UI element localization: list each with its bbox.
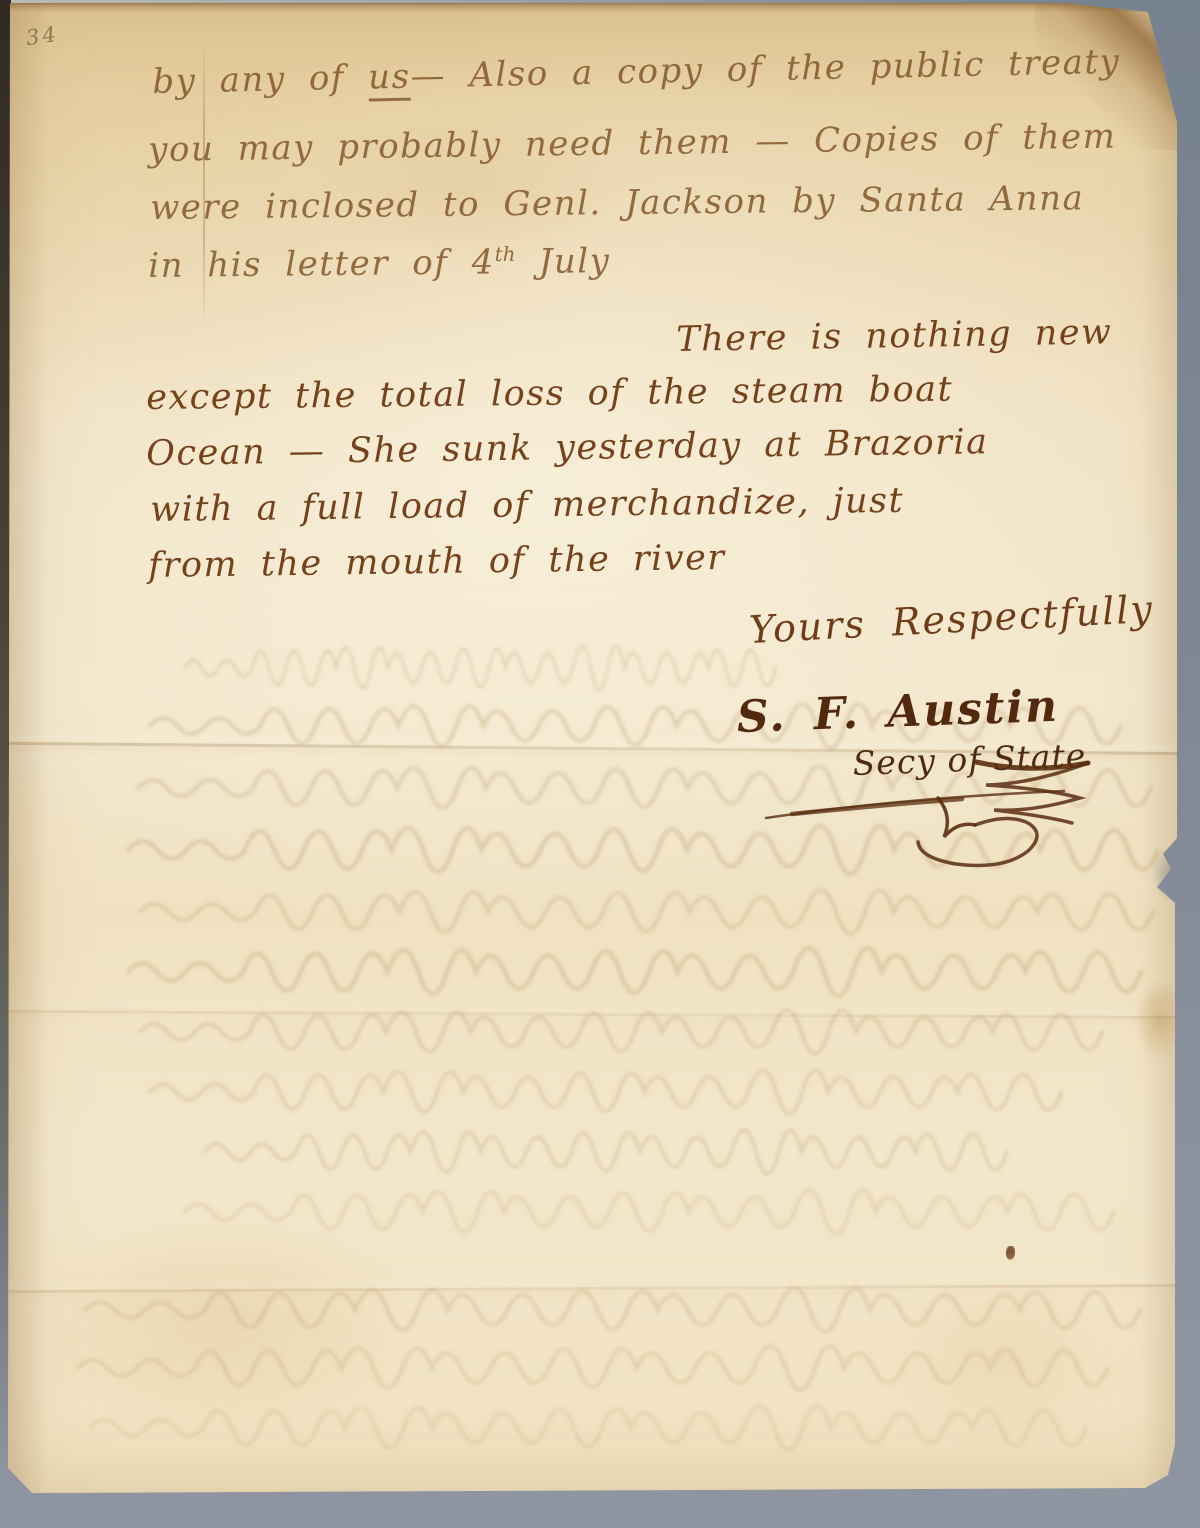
- letter-line-p1-4-pre: in his letter of 4: [148, 242, 495, 286]
- letter-line: Ocean — She sunk yesterday at Brazoria: [146, 422, 989, 474]
- letter-line-p1-4-post: July: [515, 241, 610, 282]
- letter-line: except the total loss of the steam boat: [146, 370, 953, 418]
- fold-crease: [0, 1010, 1200, 1019]
- torn-notch-shading: [1138, 836, 1183, 911]
- underlined-word: us: [368, 57, 411, 102]
- paper-stain: [0, 1180, 480, 1470]
- letter-line-p1-1-post: — Also a copy of the public treaty: [410, 42, 1121, 97]
- scanned-letter-page: 34: [0, 0, 1200, 1528]
- letter-line: were inclosed to Genl. Jackson by Santa …: [150, 178, 1084, 228]
- letter-line: with a full load of merchandize, just: [150, 481, 904, 530]
- page-number-annotation: 34: [24, 22, 60, 50]
- signature-title: Secy of State: [852, 736, 1087, 783]
- letter-paper: 34: [0, 0, 1200, 1528]
- ordinal-superscript: th: [495, 243, 516, 266]
- paper-stain: [840, 1240, 1170, 1480]
- letter-line-p1-1-pre: by any of: [152, 57, 369, 102]
- letter-closing: Yours Respectfully: [748, 587, 1155, 652]
- signature: S. F. Austin: [736, 681, 1060, 743]
- letter-line: in his letter of 4th July: [148, 241, 611, 286]
- edge-stain: [1118, 970, 1188, 1080]
- letter-line: There is nothing new: [676, 312, 1113, 360]
- letter-line: from the mouth of the river: [148, 538, 726, 586]
